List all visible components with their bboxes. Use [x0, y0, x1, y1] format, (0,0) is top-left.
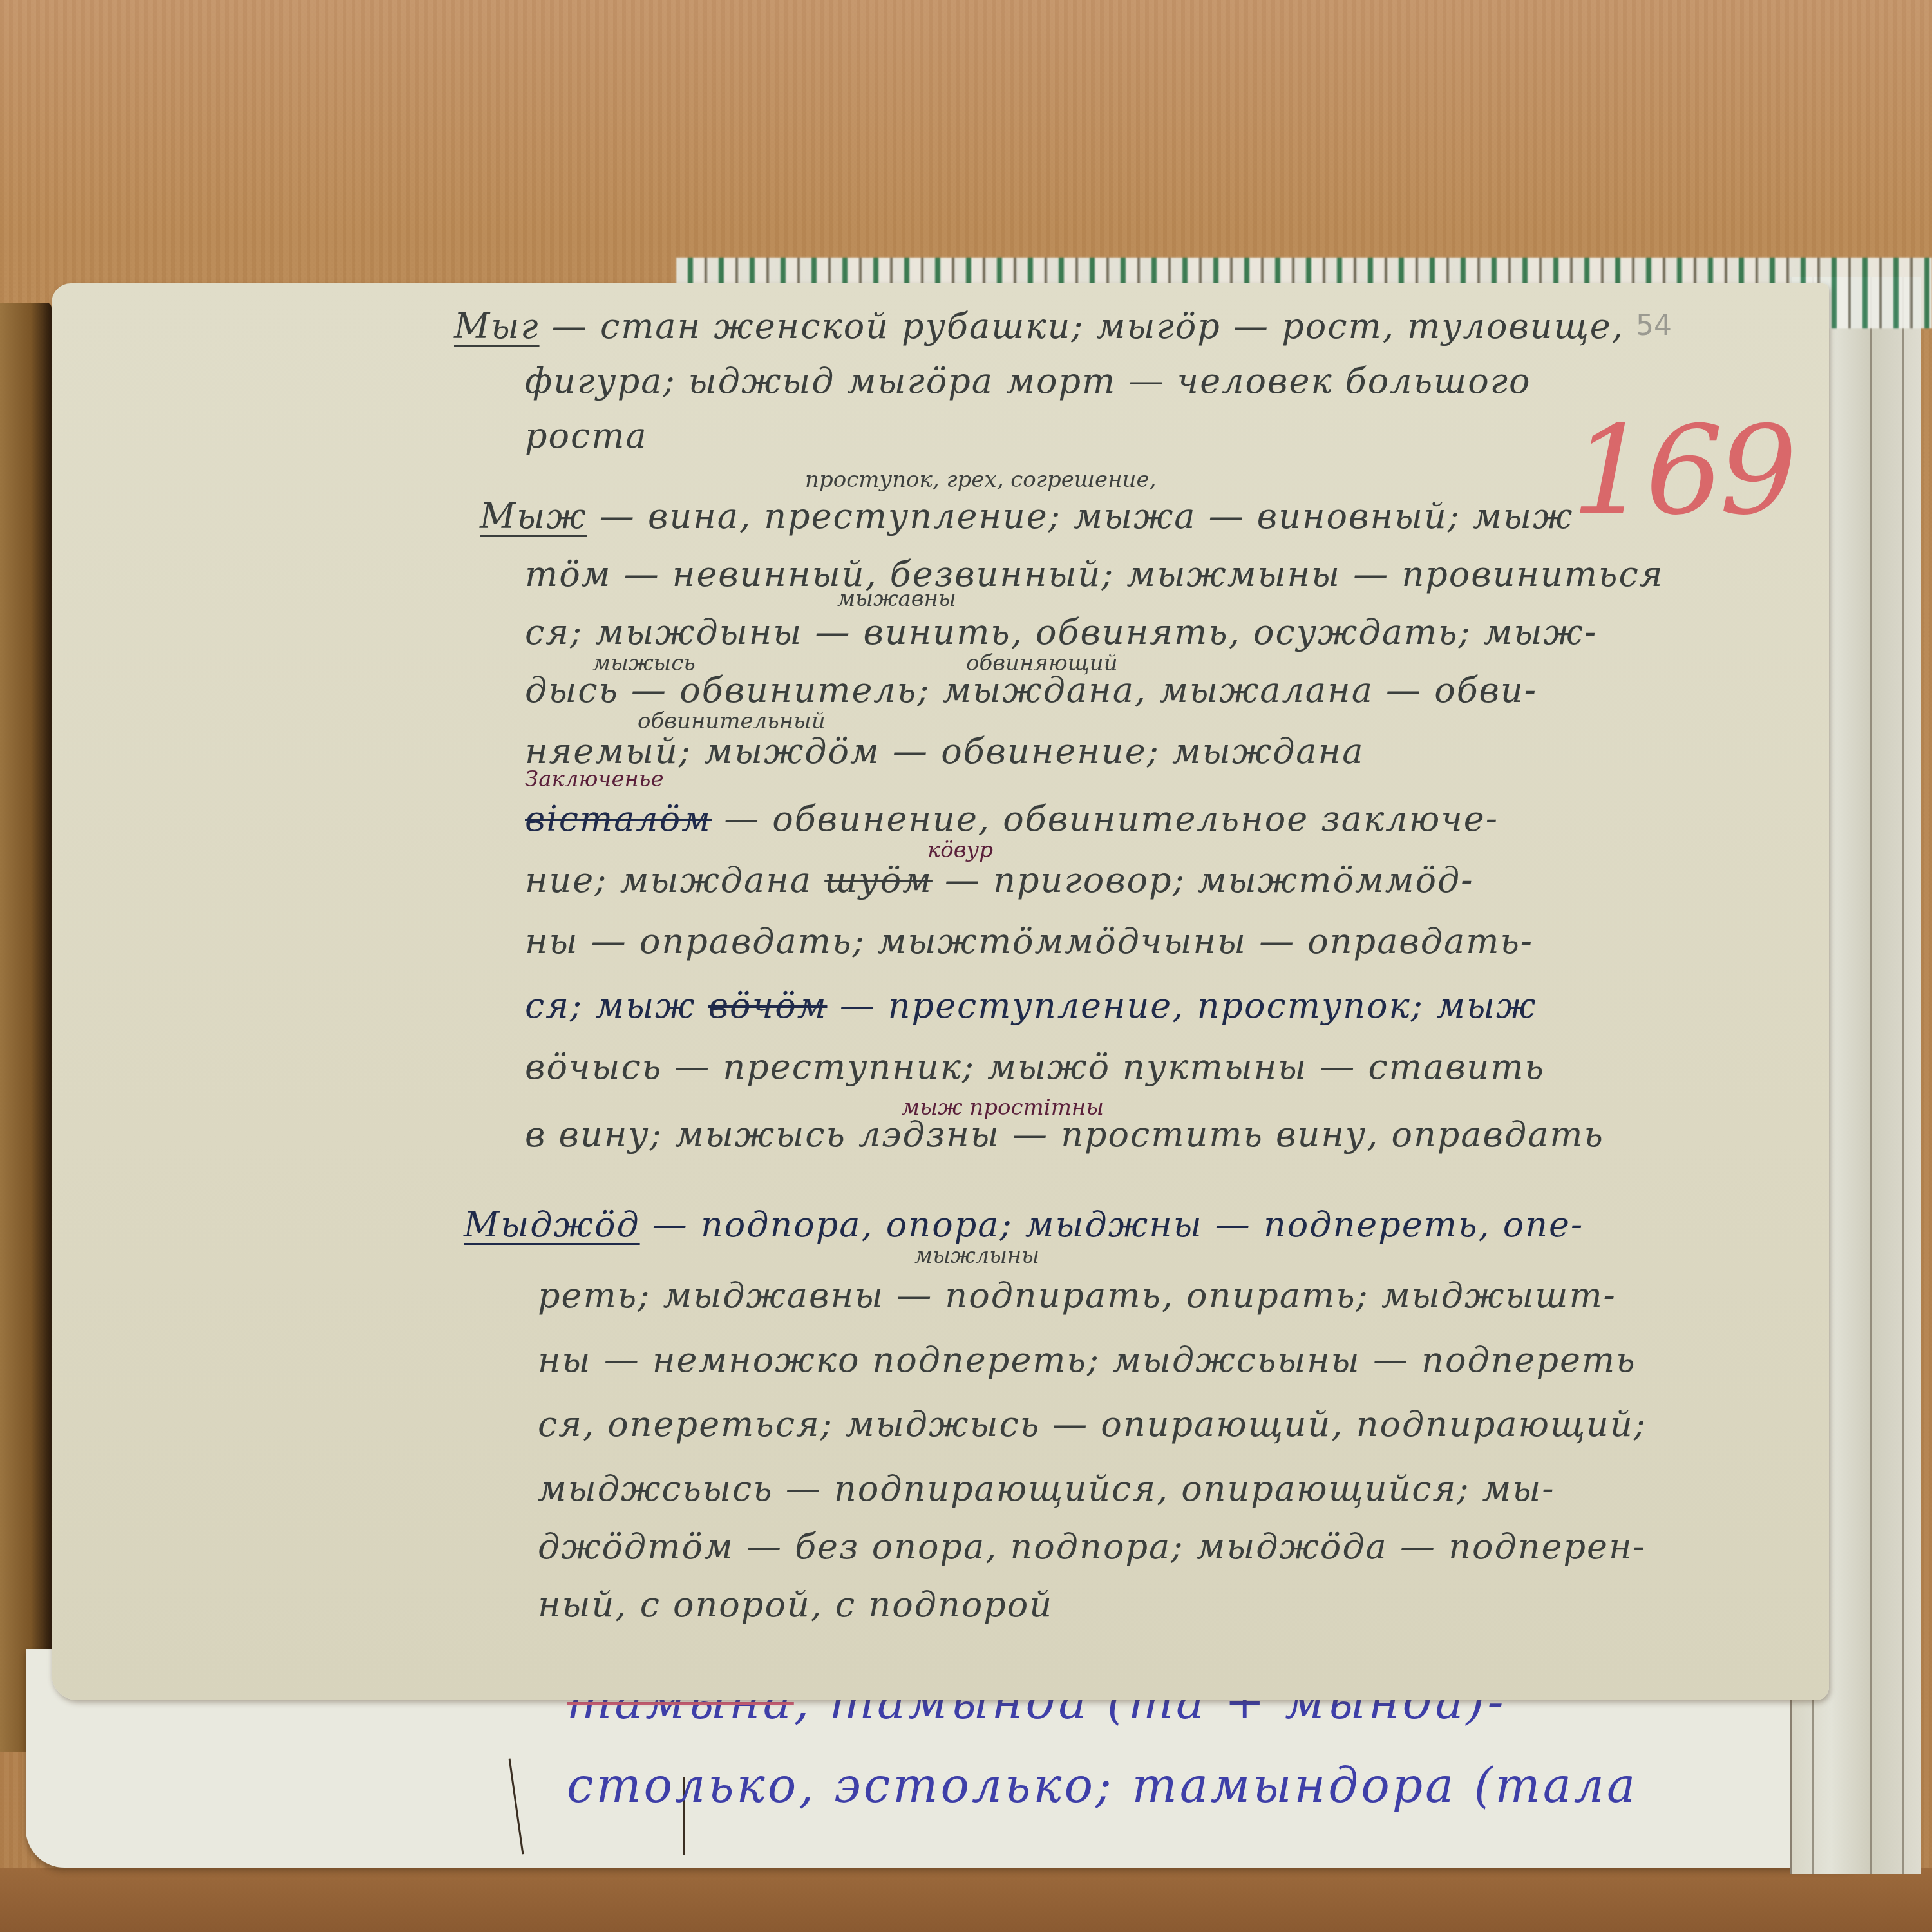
- headword: Мыг: [454, 306, 540, 346]
- entry-3-line-2: реть; мыджавны — подпирать, опирать; мыд…: [538, 1275, 1616, 1316]
- entry-3-line-4: ся, опереться; мыджысь — опирающий, подп…: [538, 1404, 1647, 1444]
- interlinear-note: мыжлыны: [914, 1243, 1039, 1269]
- entry-2-line-6: вісталӧм — обвинение, обвинительное закл…: [525, 799, 1499, 839]
- slip-line-2: столько, эстолько; тамындора (тала: [567, 1758, 1638, 1814]
- entry-3-line-7: ный, с опорой, с подпорой: [538, 1584, 1053, 1625]
- struck-word: шуӧм: [824, 860, 933, 900]
- entry-2-line-3: ся; мыждыны — винить, обвинять, осуждать…: [525, 612, 1597, 652]
- entry-2-line-4: дысь — обвинитель; мыждана, мыжалана — о…: [525, 670, 1537, 710]
- entry-2-line-10: вӧчысь — преступник; мыжӧ пуктыны — став…: [525, 1046, 1545, 1087]
- struck-word: вісталӧм: [525, 799, 712, 839]
- paper-tear: [509, 1759, 524, 1855]
- interlinear-note: обвинительный: [638, 708, 826, 734]
- entry-3-line-5: мыджсьысь — подпирающийся, опирающийся; …: [538, 1468, 1555, 1509]
- red-page-number: 169: [1571, 399, 1794, 542]
- table-surface: [0, 1868, 1932, 1932]
- pencil-number: 54: [1636, 309, 1672, 342]
- interlinear-correction: кӧвур: [927, 837, 993, 863]
- entry-2-line-2: тӧм — невинный, безвинный; мыжмыны — про…: [525, 554, 1663, 594]
- entry-1-line-1: Мыг — стан женской рубашки; мыгӧр — рост…: [454, 306, 1624, 346]
- interlinear-note: проступок, грех, согрешение,: [805, 467, 1156, 493]
- entry-1-line-2: фигура; ыджыд мыгӧра морт — человек боль…: [525, 361, 1531, 401]
- entry-3-line-6: джӧдтӧм — без опора, подпора; мыджӧда — …: [538, 1526, 1646, 1567]
- entry-2-line-1: Мыж — вина, преступление; мыжа — виновны…: [480, 496, 1573, 536]
- struck-word: вӧчӧм: [708, 985, 828, 1026]
- headword: Мыж: [480, 496, 587, 536]
- entry-2-line-11: в вину; мыжысь лэдзны — простить вину, о…: [525, 1114, 1604, 1155]
- entry-2-line-7: ние; мыждана шуӧм — приговор; мыжтӧммӧд-: [525, 860, 1473, 900]
- headword: Мыджӧд: [464, 1204, 640, 1245]
- entry-3-line-1: Мыджӧд — подпора, опора; мыджны — подпер…: [464, 1204, 1584, 1245]
- entry-1-line-3: роста: [525, 415, 648, 456]
- entry-2-line-8: ны — оправдать; мыжтӧммӧдчыны — оправдат…: [525, 921, 1533, 961]
- entry-2-line-5: няемый; мыждӧм — обвинение; мыждана: [525, 731, 1364, 772]
- entry-3-line-3: ны — немножко подпереть; мыджсьыны — под…: [538, 1340, 1636, 1380]
- entry-2-line-9: ся; мыж вӧчӧм — преступление, проступок;…: [525, 985, 1537, 1026]
- book-cover-edge: [0, 303, 52, 1752]
